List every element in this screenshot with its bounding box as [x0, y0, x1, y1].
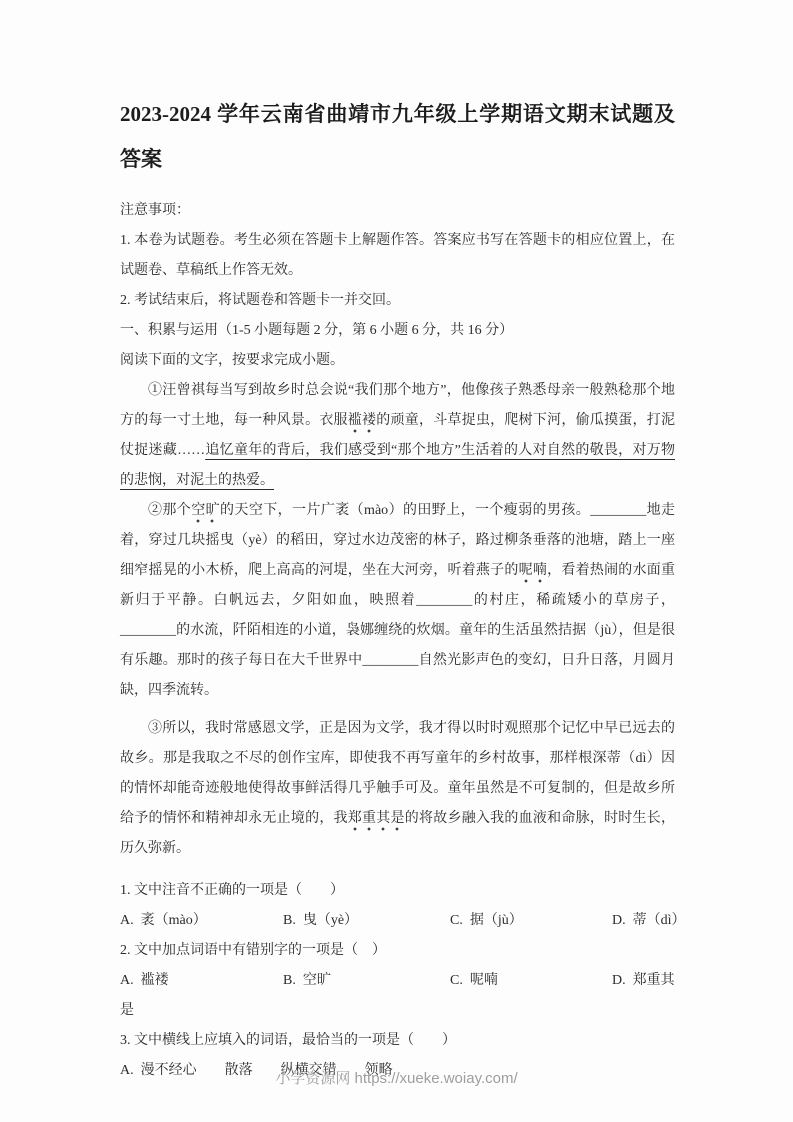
question-2-stem: 2. 文中加点词语中有错别字的一项是（ ） [120, 936, 675, 966]
footer-watermark: 小学资源网 https://xueke.woiay.com/ [0, 1067, 793, 1088]
option-text: 郑重其 [633, 973, 675, 988]
option-label: C. [450, 973, 463, 988]
option-text: 曳（yè） [303, 913, 358, 928]
option-label: B. [283, 913, 296, 928]
notice-heading: 注意事项： [120, 196, 675, 226]
question-1-stem: 1. 文中注音不正确的一项是（ ） [120, 876, 675, 906]
question-1: 1. 文中注音不正确的一项是（ ） A.袤（mào） B.曳（yè） C.据（j… [120, 876, 675, 936]
option-text: 袤（mào） [141, 913, 207, 928]
notice-item-1: 1. 本卷为试题卷。考生必须在答题卡上解题作答。答案应书写在答题卡的相应位置上，… [120, 226, 675, 286]
option-label: A. [120, 913, 134, 928]
option-label: A. [120, 973, 134, 988]
passage-paragraph-2: ②那个空旷的天空下，一片广袤（mào）的田野上，一个瘦弱的男孩。________… [120, 496, 675, 706]
dotted-term-zhengzhongqishi: 郑重其是 [348, 811, 405, 831]
dotted-term-lanlv: 褴褛 [348, 413, 376, 433]
option-a: A.袤（mào） [120, 906, 283, 936]
option-text: 褴褛 [141, 973, 169, 988]
option-a: A.褴褛 [120, 966, 283, 996]
option-text: 据（jù） [470, 913, 523, 928]
page-title: 2023-2024 学年云南省曲靖市九年级上学期语文期末试题及答案 [120, 92, 675, 182]
paragraph-text: ，看着热闹的水面重新归于平静。白帆远去，夕阳如血，映照着________的村庄，… [120, 563, 675, 698]
reading-intro: 阅读下面的文字，按要求完成小题。 [120, 346, 675, 376]
option-c: C.呢喃 [450, 966, 612, 996]
option-label: C. [450, 913, 463, 928]
notice-item-2: 2. 考试结束后，将试题卷和答题卡一并交回。 [120, 286, 675, 316]
dotted-term-ninan: 呢喃 [519, 563, 547, 583]
option-label: D. [612, 973, 626, 988]
document-content: 2023-2024 学年云南省曲靖市九年级上学期语文期末试题及答案 注意事项： … [0, 0, 793, 1086]
option-c: C.据（jù） [450, 906, 612, 936]
exam-document-page: 2023-2024 学年云南省曲靖市九年级上学期语文期末试题及答案 注意事项： … [0, 0, 793, 1122]
question-2: 2. 文中加点词语中有错别字的一项是（ ） A.褴褛 B.空旷 C.呢喃 D.郑… [120, 936, 675, 1026]
option-text: 空旷 [303, 973, 331, 988]
question-2-options: A.褴褛 B.空旷 C.呢喃 D.郑重其 [120, 966, 675, 996]
question-1-options: A.袤（mào） B.曳（yè） C.据（jù） D.蒂（dì） [120, 906, 675, 936]
section-heading: 一、积累与运用（1-5 小题每题 2 分，第 6 小题 6 分，共 16 分） [120, 316, 675, 346]
question-3-stem: 3. 文中横线上应填入的词语，最恰当的一项是（ ） [120, 1026, 675, 1056]
option-d-wrap-line: 是 [120, 996, 675, 1026]
option-text: 呢喃 [470, 973, 498, 988]
option-label: D. [612, 913, 626, 928]
dotted-term-kongkuang: 空旷 [191, 503, 220, 523]
option-b: B.空旷 [283, 966, 450, 996]
option-text: 蒂（dì） [633, 913, 686, 928]
option-b: B.曳（yè） [283, 906, 450, 936]
option-d: D.郑重其 [612, 966, 675, 996]
passage-paragraph-3: ③所以，我时常感恩文学，正是因为文学，我才得以时时观照那个记忆中早已远去的故乡。… [120, 714, 675, 864]
paragraph-text: ②那个 [148, 503, 191, 518]
option-label: B. [283, 973, 296, 988]
option-d: D.蒂（dì） [612, 906, 686, 936]
passage-paragraph-1: ①汪曾祺每当写到故乡时总会说“我们那个地方”，他像孩子熟悉母亲一般熟稔那个地方的… [120, 376, 675, 496]
